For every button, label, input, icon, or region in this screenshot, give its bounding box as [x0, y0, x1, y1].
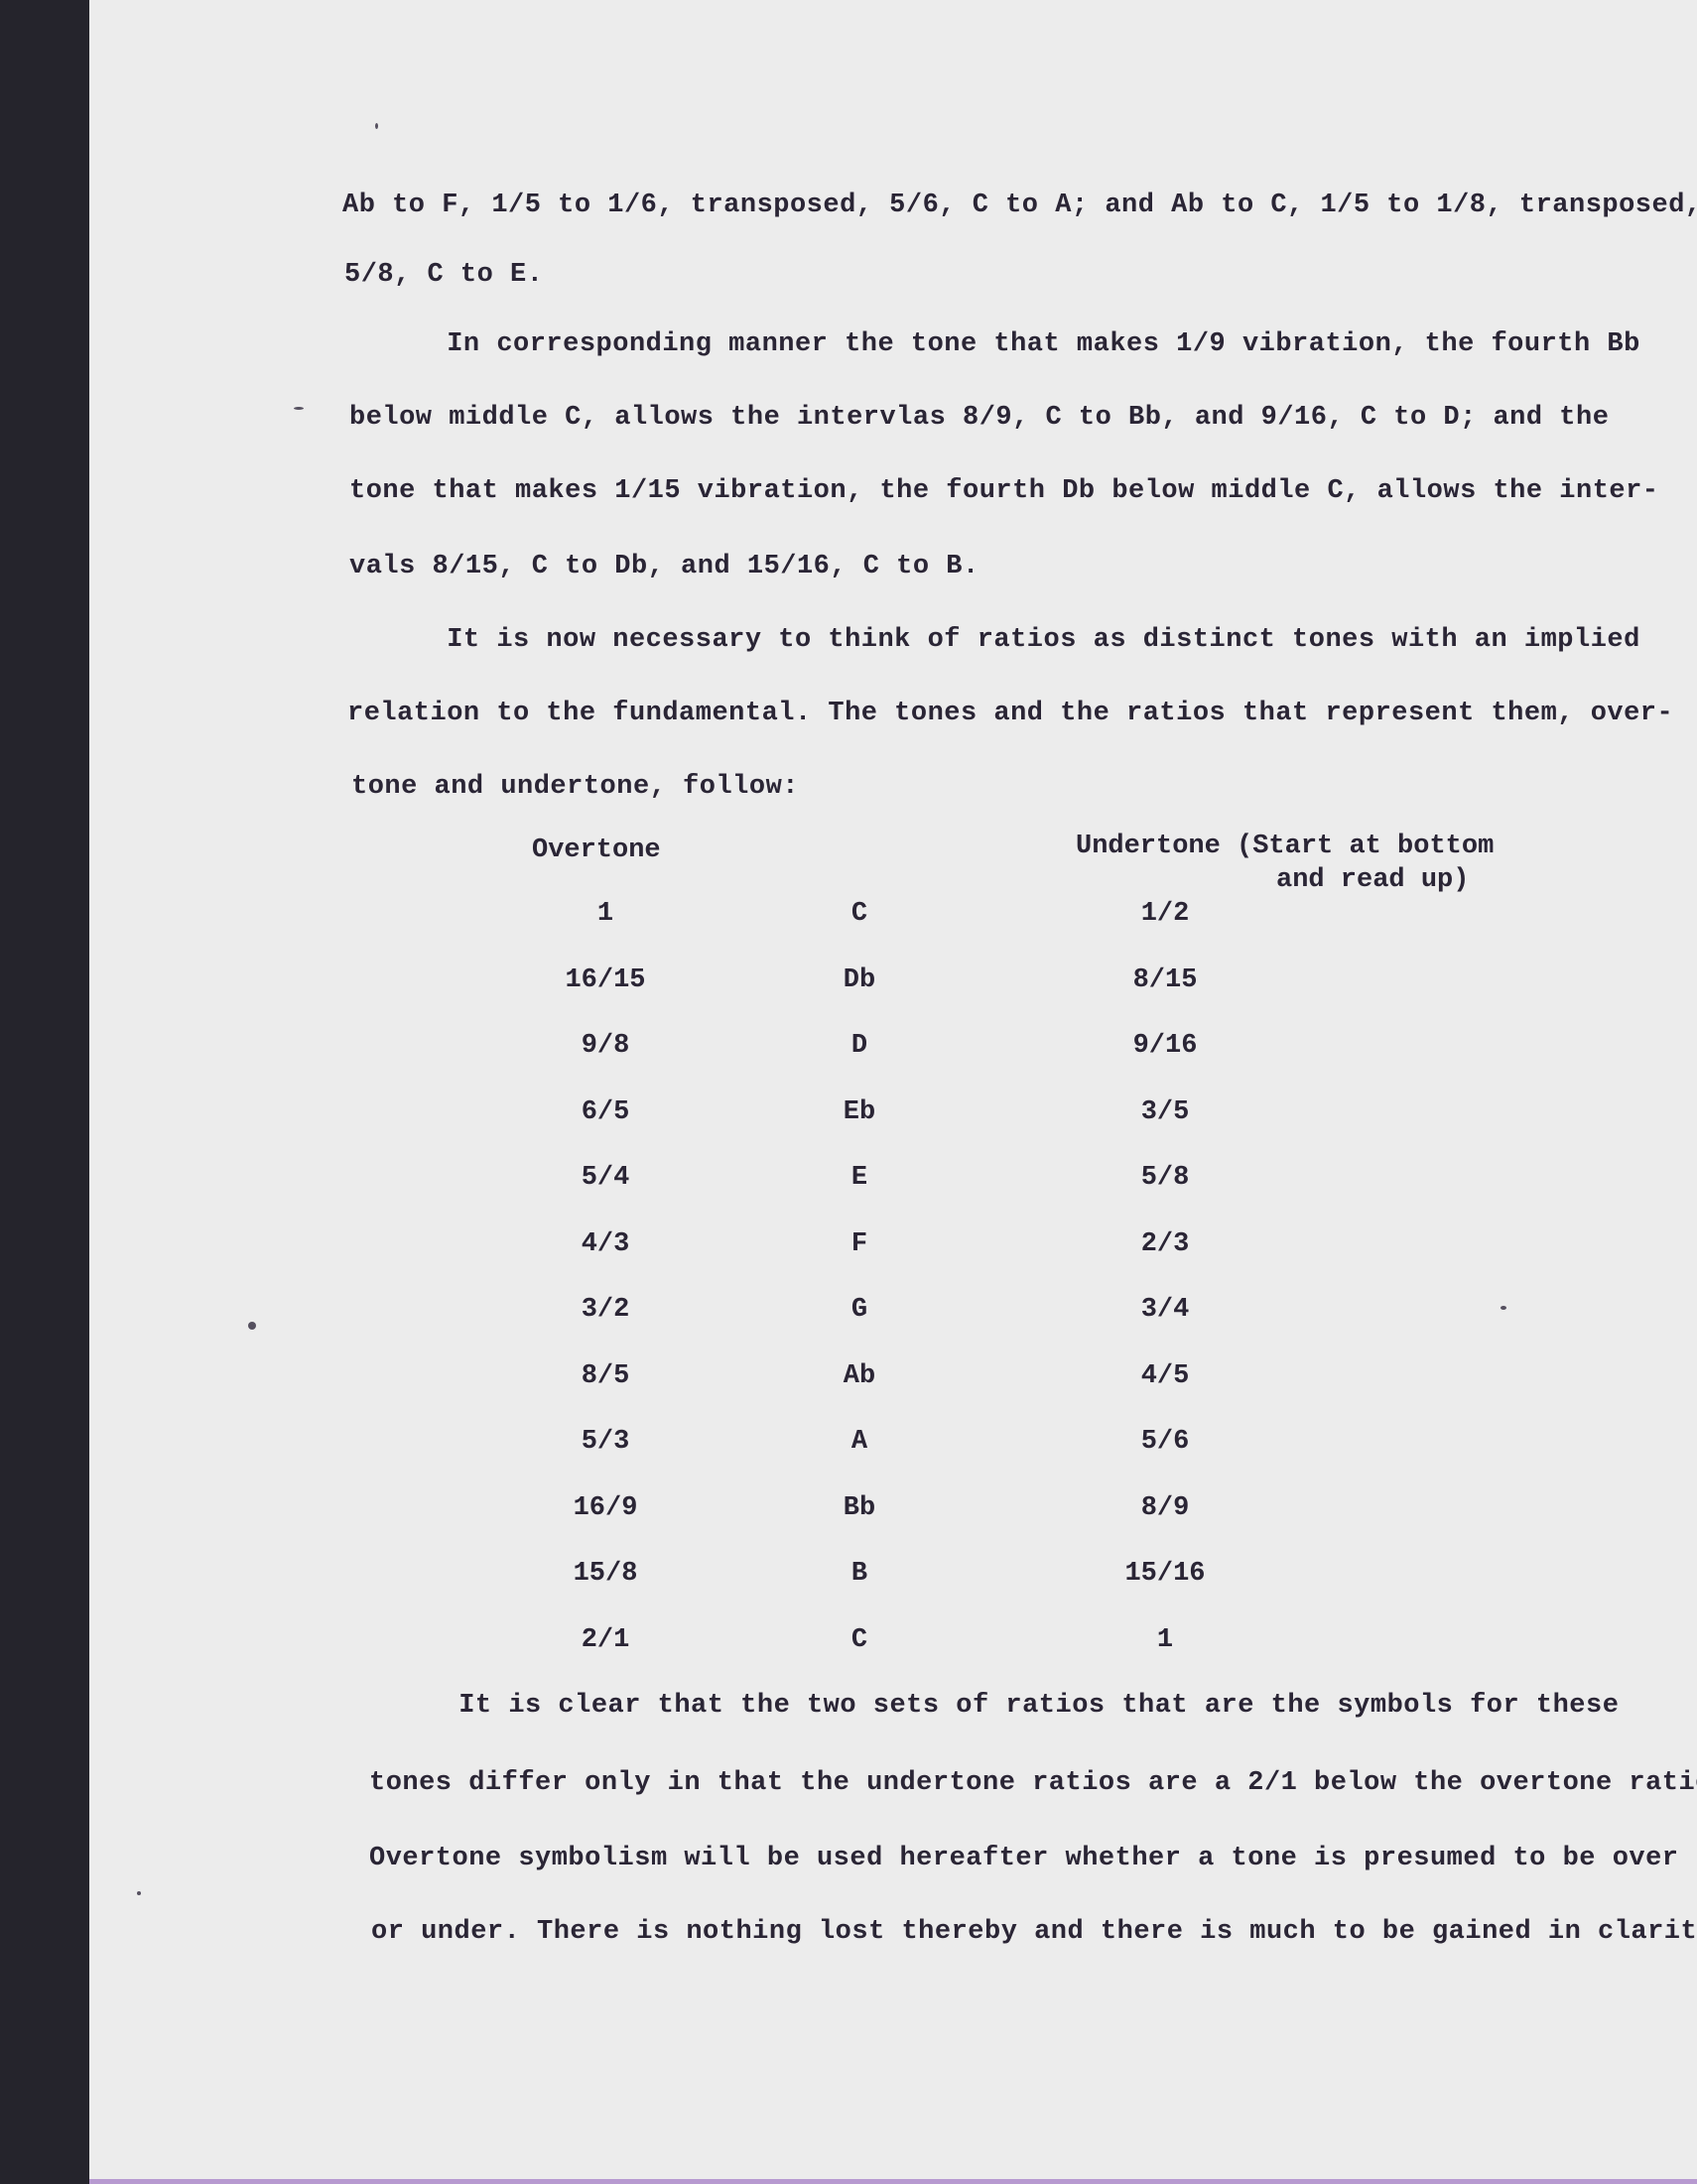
tone-name-cell: C — [780, 1625, 939, 1655]
paragraph-2-line-2: below middle C, allows the intervlas 8/9… — [349, 403, 1609, 433]
overtone-cell: 16/9 — [526, 1493, 685, 1523]
undertone-cell: 5/6 — [1086, 1427, 1244, 1457]
undertone-cell: 9/16 — [1086, 1031, 1244, 1061]
tone-name-cell: A — [780, 1427, 939, 1457]
scanner-margin — [0, 0, 89, 2184]
tone-name-cell: Bb — [780, 1493, 939, 1523]
tone-name-cell: Eb — [780, 1097, 939, 1127]
scan-speck — [294, 407, 304, 410]
tone-name-cell: Db — [780, 965, 939, 995]
table-header-undertone-note: and read up) — [1276, 865, 1469, 895]
tone-name-cell: Ab — [780, 1361, 939, 1391]
overtone-cell: 9/8 — [526, 1031, 685, 1061]
overtone-cell: 3/2 — [526, 1295, 685, 1325]
overtone-cell: 15/8 — [526, 1559, 685, 1589]
overtone-cell: 5/4 — [526, 1163, 685, 1193]
table-header-overtone: Overtone — [532, 835, 661, 865]
paragraph-1-line-2: 5/8, C to E. — [344, 260, 543, 290]
undertone-cell: 5/8 — [1086, 1163, 1244, 1193]
paragraph-3-line-1: It is now necessary to think of ratios a… — [347, 625, 1640, 655]
tone-name-cell: F — [780, 1229, 939, 1259]
paragraph-1-line-1: Ab to F, 1/5 to 1/6, transposed, 5/6, C … — [342, 191, 1697, 220]
overtone-cell: 4/3 — [526, 1229, 685, 1259]
undertone-cell: 8/9 — [1086, 1493, 1244, 1523]
tone-name-cell: D — [780, 1031, 939, 1061]
undertone-cell: 3/5 — [1086, 1097, 1244, 1127]
undertone-cell: 1 — [1086, 1625, 1244, 1655]
scan-speck — [375, 123, 378, 129]
tone-name-cell: C — [780, 899, 939, 929]
undertone-cell: 1/2 — [1086, 899, 1244, 929]
scan-speck — [1501, 1306, 1506, 1310]
overtone-cell: 1 — [526, 899, 685, 929]
paragraph-2-line-1: In corresponding manner the tone that ma… — [347, 329, 1640, 359]
page-bottom-edge — [89, 2179, 1697, 2184]
tone-name-cell: G — [780, 1295, 939, 1325]
overtone-cell: 8/5 — [526, 1361, 685, 1391]
undertone-cell: 15/16 — [1086, 1559, 1244, 1589]
closing-line-3: Overtone symbolism will be used hereafte… — [369, 1844, 1679, 1873]
closing-line-2: tones differ only in that the undertone … — [369, 1768, 1697, 1798]
undertone-cell: 2/3 — [1086, 1229, 1244, 1259]
tone-name-cell: E — [780, 1163, 939, 1193]
paragraph-3-line-3: tone and undertone, follow: — [351, 772, 799, 802]
undertone-cell: 8/15 — [1086, 965, 1244, 995]
paragraph-2-line-3: tone that makes 1/15 vibration, the four… — [349, 476, 1659, 506]
paragraph-2-line-4: vals 8/15, C to Db, and 15/16, C to B. — [349, 552, 979, 581]
overtone-cell: 6/5 — [526, 1097, 685, 1127]
overtone-cell: 16/15 — [526, 965, 685, 995]
overtone-cell: 2/1 — [526, 1625, 685, 1655]
scan-speck — [248, 1322, 256, 1330]
undertone-cell: 3/4 — [1086, 1295, 1244, 1325]
tone-name-cell: B — [780, 1559, 939, 1589]
closing-line-1: It is clear that the two sets of ratios … — [359, 1691, 1619, 1721]
closing-line-4: or under. There is nothing lost thereby … — [371, 1917, 1697, 1947]
paragraph-3-line-2: relation to the fundamental. The tones a… — [347, 699, 1673, 728]
table-header-undertone: Undertone (Start at bottom — [1076, 832, 1494, 861]
undertone-cell: 4/5 — [1086, 1361, 1244, 1391]
overtone-cell: 5/3 — [526, 1427, 685, 1457]
scan-speck — [137, 1891, 141, 1895]
